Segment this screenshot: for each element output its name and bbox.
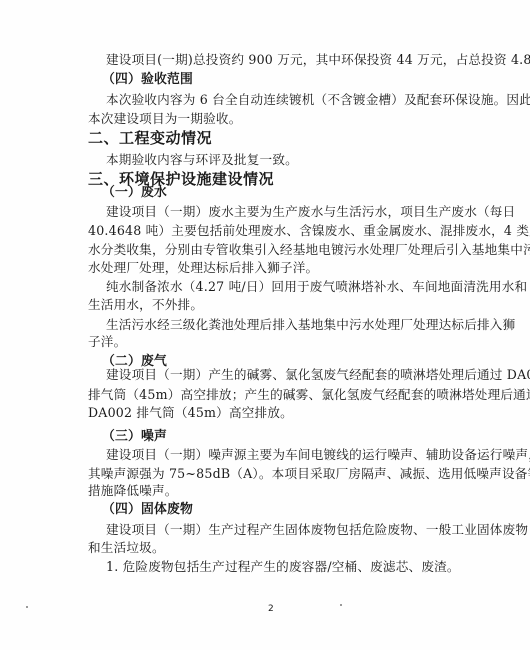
paragraph-exhaust-line-2: 排气筒（45m）高空排放；产生的碱雾、氯化氢废气经配套的喷淋塔处理后通过 [88,387,518,403]
paragraph-noise-line-2: 其噪声源强为 75~85dB（A）。本项目采取厂房隔声、减振、选用低噪声设备等 [88,466,518,482]
paragraph-sewage-line-2: 子洋。 [88,334,518,350]
scan-speck [340,604,342,606]
paragraph-sewage-line-1: 生活污水经三级化粪池处理后排入基地集中污水处理厂处理达标后排入狮 [106,317,530,333]
document-page: 建设项目(一期)总投资约 900 万元，其中环保投资 44 万元，占总投资 4.… [0,0,530,650]
paragraph-wastewater-line-1: 建设项目（一期）废水主要为生产废水与生活污水，项目生产废水（每日 [106,204,530,220]
paragraph-exhaust-line-3: DA002 排气筒（45m）高空排放。 [88,405,518,421]
paragraph-pure-water-line-1: 纯水制备浓水（4.27 吨/日）回用于废气喷淋塔补水、车间地面清洗用水和 [106,279,530,295]
paragraph-solid-waste-line-2: 和生活垃圾。 [88,540,518,556]
paragraph-wastewater-line-2: 40.4648 吨）主要包括前处理废水、含镍废水、重金属废水、混排废水，4 类废 [88,223,518,239]
heading-solid-waste: （四）固体废物 [102,502,530,518]
paragraph-scope-line-1: 本次验收内容为 6 台全自动连续镀机（不含镀金槽）及配套环保设施。因此 [106,92,530,108]
heading-engineering-changes: 二、工程变动情况 [88,130,518,146]
paragraph-scope-line-2: 本次建设项目为一期验收。 [88,111,518,127]
paragraph-pure-water-line-2: 生活用水，不外排。 [88,297,518,313]
scan-speck [26,606,28,608]
paragraph-investment: 建设项目(一期)总投资约 900 万元，其中环保投资 44 万元，占总投资 4.… [106,52,530,68]
heading-acceptance-scope: （四）验收范围 [102,72,530,88]
paragraph-noise-line-1: 建设项目（一期）噪声源主要为车间电镀线的运行噪声、辅助设备运行噪声， [106,447,530,463]
heading-noise: （三）噪声 [102,429,530,445]
paragraph-noise-line-3: 措施降低噪声。 [88,483,518,499]
paragraph-solid-waste-line-1: 建设项目（一期）生产过程产生固体废物包括危险废物、一般工业固体废物 [106,522,530,538]
list-item-hazardous-waste: 1. 危险废物包括生产过程产生的废容器/空桶、废滤芯、废渣。 [106,559,530,575]
page-number: 2 [268,604,274,614]
paragraph-exhaust-line-1: 建设项目（一期）产生的碱雾、氯化氢废气经配套的喷淋塔处理后通过 DA001 [106,367,530,383]
paragraph-wastewater-line-3: 水分类收集，分别由专管收集引入经基地电镀污水处理厂处理后引入基地集中污 [88,242,518,258]
paragraph-changes: 本期验收内容与环评及批复一致。 [106,152,530,168]
paragraph-wastewater-line-4: 水处理厂处理，处理达标后排入狮子洋。 [88,260,518,276]
heading-wastewater: （一）废水 [102,185,530,201]
